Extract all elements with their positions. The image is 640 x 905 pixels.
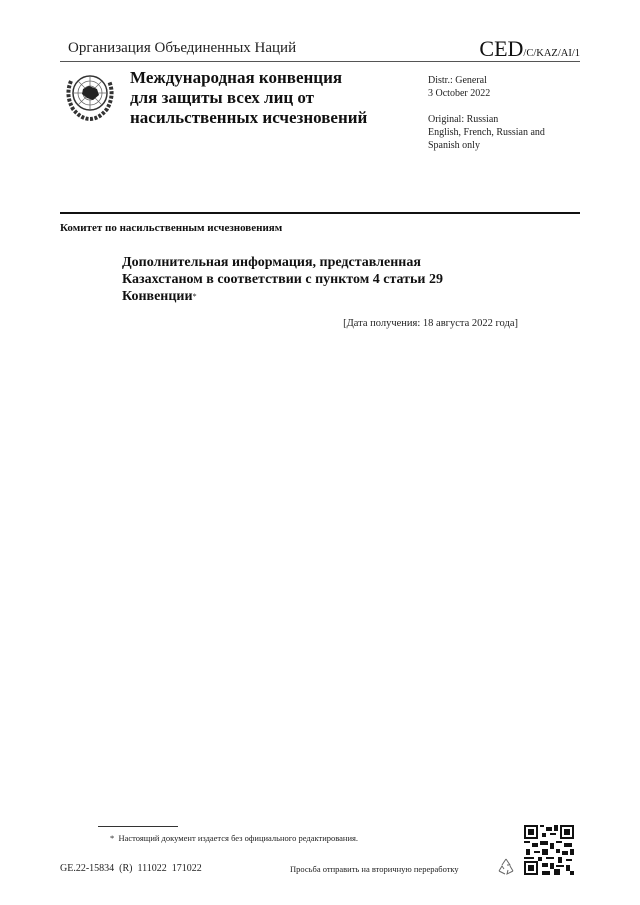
original-language: Original: Russian bbox=[428, 113, 545, 126]
footnote: * Настоящий документ издается без официа… bbox=[110, 833, 358, 843]
footnote-marker[interactable]: * bbox=[193, 292, 197, 301]
organization-name: Организация Объединенных Наций bbox=[68, 40, 296, 57]
footnote-rule bbox=[98, 826, 178, 827]
job-number: GE.22-15834 (R) 111022 171022 bbox=[60, 863, 202, 874]
distribution-block: Distr.: General 3 October 2022 Original:… bbox=[428, 74, 545, 152]
header-rule bbox=[60, 61, 580, 62]
document-title: Дополнительная информация, представленна… bbox=[122, 254, 443, 305]
convention-title: Международная конвенция для защиты всех … bbox=[130, 68, 367, 128]
title-line: Международная конвенция bbox=[130, 68, 367, 88]
symbol-suffix: /C/KAZ/AI/1 bbox=[523, 48, 580, 59]
doc-title-line: Дополнительная информация, представленна… bbox=[122, 254, 443, 271]
languages: Spanish only bbox=[428, 139, 545, 152]
committee-name: Комитет по насильственным исчезновениям bbox=[60, 222, 282, 234]
distribution: Distr.: General bbox=[428, 74, 545, 87]
footnote-text: Настоящий документ издается без официаль… bbox=[119, 833, 359, 843]
recycle-text: Просьба отправить на вторичную переработ… bbox=[290, 864, 459, 874]
symbol-main: CED bbox=[479, 36, 523, 61]
issue-date: 3 October 2022 bbox=[428, 87, 545, 100]
languages: English, French, Russian and bbox=[428, 126, 545, 139]
date-received: [Дата получения: 18 августа 2022 года] bbox=[343, 318, 518, 329]
doc-title-line: Конвенции bbox=[122, 289, 193, 304]
document-symbol: CED/C/KAZ/AI/1 bbox=[479, 36, 580, 62]
recycle-icon bbox=[496, 857, 516, 877]
title-line: для защиты всех лиц от bbox=[130, 88, 367, 108]
qr-code-icon bbox=[524, 825, 574, 875]
title-line: насильственных исчезновений bbox=[130, 108, 367, 128]
footnote-marker: * bbox=[110, 833, 114, 843]
doc-title-line: Казахстаном в соответствии с пунктом 4 с… bbox=[122, 271, 443, 288]
un-emblem-icon bbox=[63, 67, 117, 121]
masthead-rule bbox=[60, 212, 580, 214]
